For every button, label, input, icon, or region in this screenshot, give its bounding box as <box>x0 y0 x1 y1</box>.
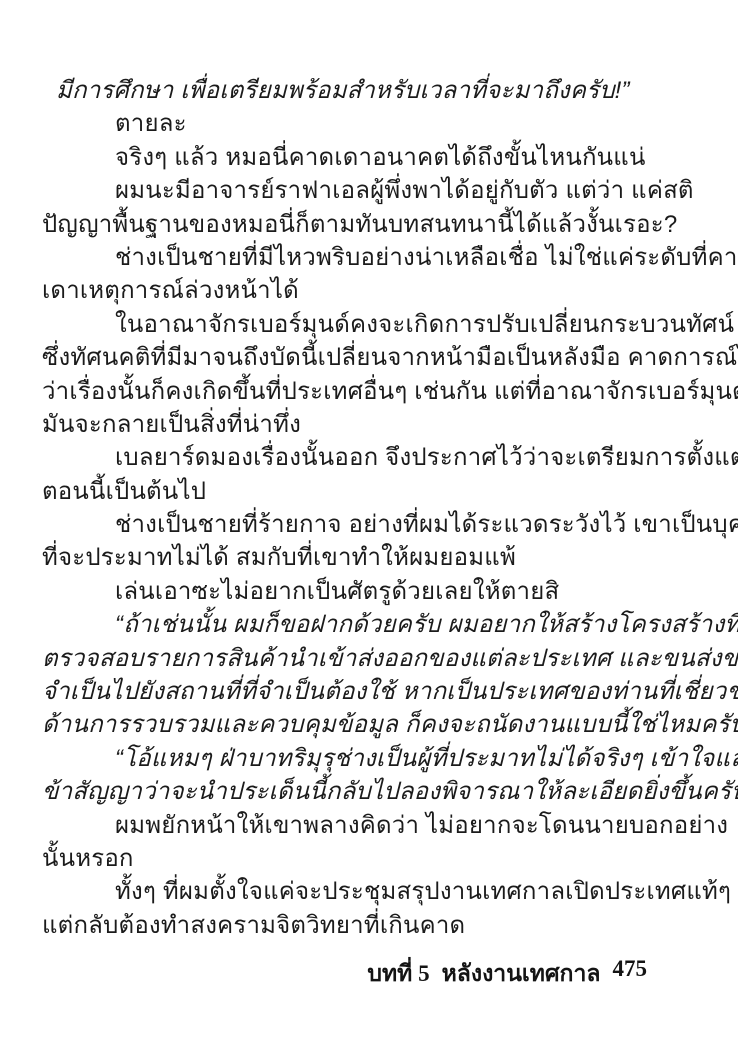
text-line: แต่กลับต้องทำสงครามจิตวิทยาที่เกินคาด <box>42 909 698 942</box>
text-line: ตอนนี้เป็นต้นไป <box>42 475 698 508</box>
text-line: นั้นหรอก <box>42 842 698 875</box>
text-line: มันจะกลายเป็นสิ่งที่น่าทึ่ง <box>42 408 698 441</box>
text-line: เล่นเอาซะไม่อยากเป็นศัตรูด้วยเลยให้ตายสิ <box>42 575 698 608</box>
footer-page-number: 475 <box>613 956 648 992</box>
footer-chapter-label: บทที่ 5 <box>367 956 429 992</box>
text-line: เดาเหตุการณ์ล่วงหน้าได้ <box>42 274 698 307</box>
text-line: จำเป็นไปยังสถานที่ที่จำเป็นต้องใช้ หากเป… <box>42 675 698 708</box>
page-footer: บทที่ 5 หลังงานเทศกาล 475 <box>367 956 647 992</box>
text-line: ที่จะประมาทไม่ได้ สมกับที่เขาทำให้ผมยอมแ… <box>42 541 698 574</box>
text-line: ช่างเป็นชายที่มีไหวพริบอย่างน่าเหลือเชื่… <box>42 241 698 274</box>
text-line: เบลยาร์ดมองเรื่องนั้นออก จึงประกาศไว้ว่า… <box>42 441 698 474</box>
text-line: ว่าเรื่องนั้นก็คงเกิดขึ้นที่ประเทศอื่นๆ … <box>42 375 698 408</box>
text-line: ด้านการรวบรวมและควบคุมข้อมูล ก็คงจะถนัดง… <box>42 708 698 741</box>
text-line: “ถ้าเช่นนั้น ผมก็ขอฝากด้วยครับ ผมอยากให้… <box>42 608 698 641</box>
book-page: มีการศึกษา เพื่อเตรียมพร้อมสำหรับเวลาที่… <box>0 0 738 1051</box>
text-line: ช่างเป็นชายที่ร้ายกาจ อย่างที่ผมได้ระแวด… <box>42 508 698 541</box>
text-line: “โอ้แหมๆ ฝ่าบาทริมุรุช่างเป็นผู้ที่ประมา… <box>42 742 698 775</box>
text-line: มีการศึกษา เพื่อเตรียมพร้อมสำหรับเวลาที่… <box>42 74 698 107</box>
footer-section-title: หลังงานเทศกาล <box>442 956 601 992</box>
text-line: ตายละ <box>42 107 698 140</box>
text-line: ผมนะมีอาจารย์ราฟาเอลผู้พึ่งพาได้อยู่กับต… <box>42 174 698 207</box>
text-line: ข้าสัญญาว่าจะนำประเด็นนี้กลับไปลองพิจารณ… <box>42 775 698 808</box>
text-line: ผมพยักหน้าให้เขาพลางคิดว่า ไม่อยากจะโดนน… <box>42 809 698 842</box>
text-line: ทั้งๆ ที่ผมตั้งใจแค่จะประชุมสรุปงานเทศกา… <box>42 875 698 908</box>
text-line: ตรวจสอบรายการสินค้านำเข้าส่งออกของแต่ละป… <box>42 642 698 675</box>
text-line: จริงๆ แล้ว หมอนี่คาดเดาอนาคตได้ถึงขั้นไห… <box>42 141 698 174</box>
text-line: ในอาณาจักรเบอร์มุนด์คงจะเกิดการปรับเปลี่… <box>42 308 698 341</box>
text-line: ปัญญาพื้นฐานของหมอนี่ก็ตามทันบทสนทนานี้ไ… <box>42 208 698 241</box>
text-line: ซึ่งทัศนคติที่มีมาจนถึงบัดนี้เปลี่ยนจากห… <box>42 341 698 374</box>
page-body-text: มีการศึกษา เพื่อเตรียมพร้อมสำหรับเวลาที่… <box>42 74 698 942</box>
